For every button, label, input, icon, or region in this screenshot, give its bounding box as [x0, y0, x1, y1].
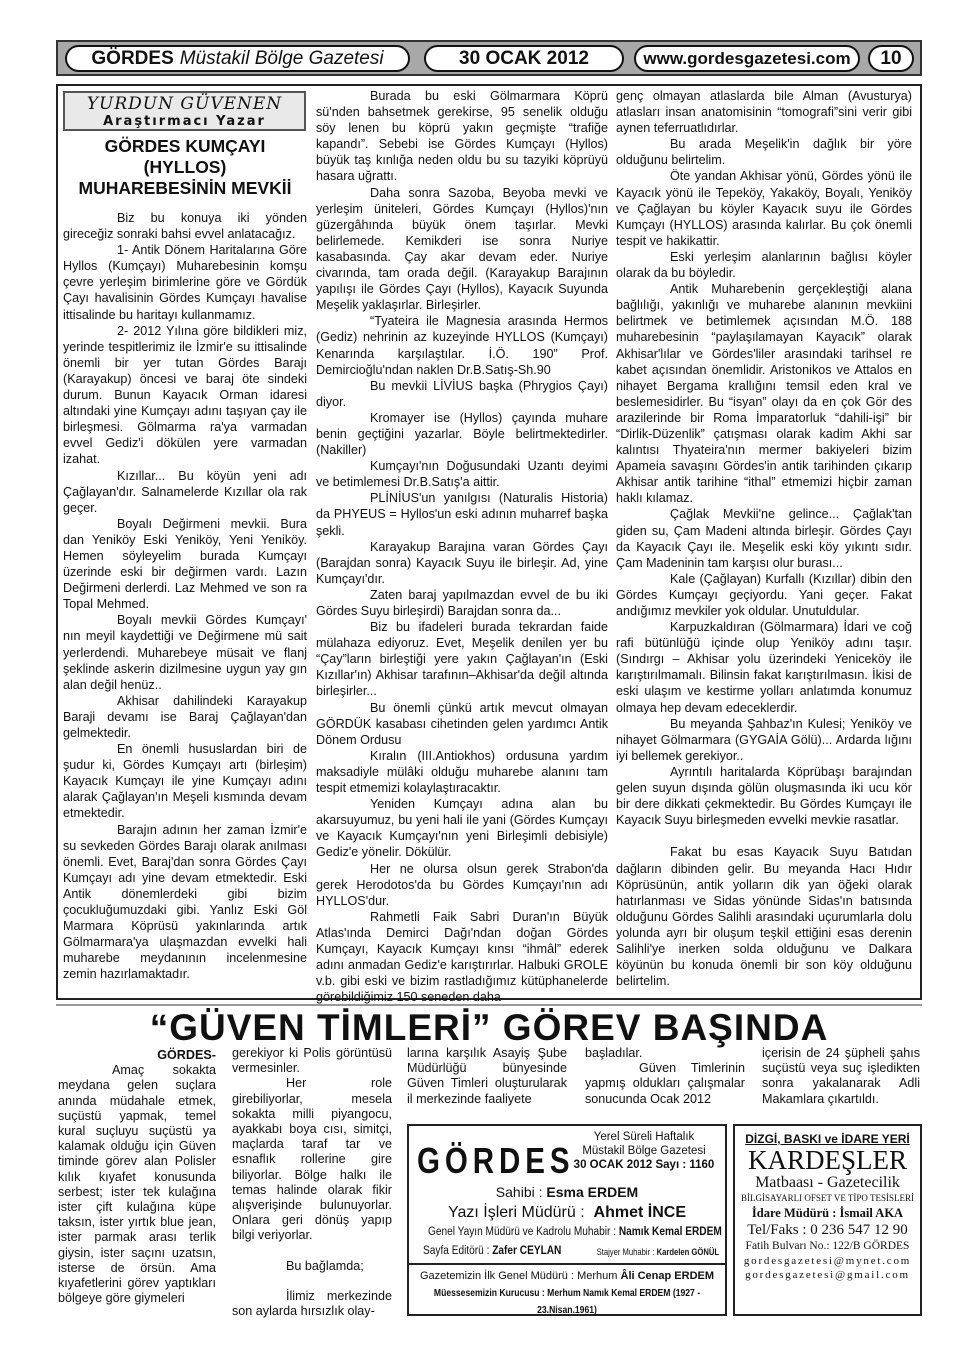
intern-name: Kardelen GÖNÜL: [657, 1247, 719, 1257]
imprint-box: GÖRDES Yerel Süreli Haftalık Müstakil Bö…: [407, 1124, 727, 1316]
page-editor: Sayfa Editörü : Zafer CEYLAN: [423, 1245, 561, 1257]
article-column-1: Biz bu konuya iki yönden gireceğiz sonra…: [63, 210, 307, 983]
paper-name-pill: GÖRDES Müstakil Bölge Gazetesi: [65, 45, 410, 72]
paragraph: [232, 1244, 392, 1259]
imprint-subtitle: Yerel Süreli Haftalık Müstakil Bölge Gaz…: [569, 1130, 719, 1172]
news-column-3: larına karşılık Asayiş Şube Müdürlüğü bü…: [407, 1046, 567, 1107]
paragraph: Ayrıntılı haritalarda Köprübaşı barajınd…: [616, 764, 912, 828]
editor-name: Ahmet İNCE: [594, 1204, 686, 1221]
paragraph: Kumçayı'nın Doğusundaki Uzantı deyimi ve…: [316, 458, 608, 490]
first-gm-label: Gazetemizin İlk Genel Müdürü : Merhum: [420, 1270, 617, 1282]
author-name: YURDUN GÜVENEN: [65, 94, 304, 114]
editor-label: Yazı İşleri Müdürü :: [448, 1204, 585, 1221]
imprint-general-manager: Genel Yayın Müdürü ve Kadrolu Muhabir : …: [428, 1226, 706, 1238]
paragraph: [232, 1274, 392, 1289]
imprint-sub-line: Yerel Süreli Haftalık: [569, 1130, 719, 1144]
paragraph: Daha sonra Sazoba, Beyoba mevki ve yerle…: [316, 185, 608, 314]
news-column-1: GÖRDES- Amaç sokakta meydana gelen suçla…: [58, 1048, 216, 1306]
gm-label: Genel Yayın Müdürü ve Kadrolu Muhabir :: [428, 1226, 616, 1238]
printer-phone: Tel/Faks : 0 236 547 12 90: [735, 1221, 920, 1239]
imprint-owner: Sahibi : Esma ERDEM: [409, 1184, 725, 1200]
paragraph: Barajın adının her zaman İzmir'e su sevk…: [63, 822, 307, 983]
paragraph: Boyalı mevkii Gördes Kumçayı' nın meyil …: [63, 612, 307, 692]
intern-label: Stajyer Muhabir :: [597, 1247, 655, 1257]
paragraph: Karayakup Barajına varan Gördes Çayı (Ba…: [316, 539, 608, 587]
paragraph: Antik Muharebenin gerçekleştiği alana ba…: [616, 281, 912, 506]
paragraph: Rahmetli Faik Sabri Duran'ın Büyük Atlas…: [316, 909, 608, 1006]
paragraph: içerisin de 24 şüpheli şahıs suçüstü vey…: [762, 1046, 920, 1107]
paragraph: Biz bu ifadeleri burada tekrardan faide …: [316, 619, 608, 699]
paragraph: 1- Antik Dönem Haritalarına Göre Hyllos …: [63, 242, 307, 322]
paragraph: Kıralın (III.Antiokhos) ordusuna yardım …: [316, 748, 608, 796]
paragraph: 2- 2012 Yılına göre bildikleri miz, yeri…: [63, 323, 307, 468]
paragraph: Her ne olursa olsun gerek Strabon'da ger…: [316, 861, 608, 909]
masthead: GÖRDES Müstakil Bölge Gazetesi 30 OCAK 2…: [56, 40, 922, 76]
paper-tagline: Müstakil Bölge Gazetesi: [180, 48, 384, 70]
paragraph: Her role girebiliyorlar, mesela sokakta …: [232, 1076, 392, 1243]
paragraph: Akhisar dahilindeki Karayakup Baraji dev…: [63, 693, 307, 741]
paragraph: larına karşılık Asayiş Şube Müdürlüğü bü…: [407, 1046, 567, 1107]
paragraph: Bu mevkii LİVİUS başka (Phrygios Çayı) d…: [316, 378, 608, 410]
paragraph: Bu bağlamda;: [232, 1259, 392, 1274]
paragraph: En önemli hususlardan biri de şudur ki, …: [63, 741, 307, 821]
email-link[interactable]: gordesgazetesi@gmail.com: [735, 1268, 920, 1282]
paragraph: gerekiyor ki Polis görüntüsü vermesinler…: [232, 1046, 392, 1076]
paragraph: Karpuzkaldıran (Gölmarmara) İdari ve coğ…: [616, 619, 912, 716]
printer-heading: DİZGİ, BASKI ve İDARE YERİ: [735, 1132, 920, 1146]
main-article: YURDUN GÜVENEN Araştırmacı Yazar GÖRDES …: [56, 84, 922, 1000]
paragraph: Çağlak Mevkii'ne gelince... Çağlak'tan g…: [616, 506, 912, 570]
paragraph: Zaten baraj yapılmazdan evvel de bu iki …: [316, 587, 608, 619]
paragraph: başladılar.: [585, 1046, 745, 1061]
owner-label: Sahibi :: [496, 1184, 543, 1200]
title-line: MUHAREBESİNİN MEVKİİ: [63, 178, 307, 199]
paragraph: Biz bu konuya iki yönden gireceğiz sonra…: [63, 210, 307, 242]
website-link[interactable]: www.gordesgazetesi.com: [634, 45, 860, 72]
paragraph: Güven Timlerinin yapmış oldukları çalışm…: [585, 1061, 745, 1107]
paragraph: Bu önemli çünkü artık mevcut olmayan GÖR…: [316, 700, 608, 748]
title-line: (HYLLOS): [63, 157, 307, 178]
paragraph: Kale (Çağlayan) Kurfallı (Kızıllar) dibi…: [616, 571, 912, 619]
author-box: YURDUN GÜVENEN Araştırmacı Yazar: [63, 91, 306, 131]
page-editor-label: Sayfa Editörü :: [423, 1245, 489, 1257]
paragraph: Fakat bu esas Kayacık Suyu Batıdan dağla…: [616, 844, 912, 989]
imprint-founders: Gazetemizin İlk Genel Müdürü : Merhum Âl…: [409, 1268, 725, 1319]
paragraph: Bu arada Meşelik'in dağlık bir yöre oldu…: [616, 136, 912, 168]
paragraph: Boyalı Değirmeni mevkii. Bura dan Yenikö…: [63, 516, 307, 613]
news-column-2: gerekiyor ki Polis görüntüsü vermesinler…: [232, 1046, 392, 1320]
paragraph: Kızıllar... Bu köyün yeni adı Çağlayan'd…: [63, 468, 307, 516]
printer-name: KARDEŞLER: [735, 1146, 920, 1174]
paragraph: Eski yerleşim alanlarının bağlısı köyler…: [616, 249, 912, 281]
article-title: GÖRDES KUMÇAYI (HYLLOS) MUHAREBESİNİN ME…: [63, 136, 307, 199]
imprint-editor: Yazı İşleri Müdürü : Ahmet İNCE: [409, 1204, 725, 1222]
news-dateline: GÖRDES-: [58, 1048, 216, 1063]
intern: Stajyer Muhabir : Kardelen GÖNÜL: [597, 1247, 719, 1257]
email-link[interactable]: gordesgazetesi@mynet.com: [735, 1254, 920, 1268]
gm-name: Namık Kemal ERDEM: [619, 1226, 722, 1238]
imprint-sub-line: Müstakil Bölge Gazetesi: [569, 1144, 719, 1158]
paragraph: PLİNİUS'un yanılgısı (Naturalis Historia…: [316, 490, 608, 538]
first-gm: Gazetemizin İlk Genel Müdürü : Merhum Âl…: [409, 1268, 725, 1285]
first-gm-name: Âli Cenap ERDEM: [621, 1270, 715, 1282]
imprint-staff: GÖRDES Yerel Süreli Haftalık Müstakil Bö…: [409, 1126, 725, 1265]
paragraph: “Tyateira ile Magnesia arasında Hermos (…: [316, 313, 608, 377]
printer-manager: İdare Müdürü : İsmail AKA: [735, 1205, 920, 1221]
paragraph: Bu meyanda Şahbaz'ın Kulesi; Yeniköy ve …: [616, 716, 912, 764]
imprint-logo: GÖRDES: [417, 1140, 574, 1182]
news-column-5: içerisin de 24 şüpheli şahıs suçüstü vey…: [762, 1046, 920, 1107]
paragraph: Amaç sokakta meydana gelen suçlara anınd…: [58, 1063, 216, 1306]
printer-box: DİZGİ, BASKI ve İDARE YERİ KARDEŞLER Mat…: [733, 1124, 922, 1316]
paper-name: GÖRDES: [91, 48, 173, 70]
printer-facilities: BİLGİSAYARLI OFSET VE TİPO TESİSLERİ: [735, 1192, 920, 1205]
paragraph: Burada bu eski Gölmarmara Köprü sü'nden …: [316, 88, 608, 185]
owner-name: Esma ERDEM: [546, 1184, 638, 1200]
paragraph: [616, 828, 912, 844]
page-number: 10: [868, 45, 914, 72]
printer-subtitle: Matbaası - Gazetecilik: [735, 1174, 920, 1192]
page-editor-name: Zafer CEYLAN: [492, 1245, 561, 1257]
paragraph: Kromayer ise (Hyllos) çayında muhare ben…: [316, 410, 608, 458]
paragraph: İlimiz merkezinde son aylarda hırsızlık …: [232, 1289, 392, 1319]
paragraph: genç olmayan atlaslarda bile Alman (Avus…: [616, 88, 912, 136]
paragraph: Öte yandan Akhisar yönü, Gördes yönü ile…: [616, 168, 912, 248]
article-column-2: Burada bu eski Gölmarmara Köprü sü'nden …: [316, 88, 608, 1005]
news-headline: “GÜVEN TİMLERİ” GÖREV BAŞINDA: [56, 1008, 922, 1048]
author-role: Araştırmacı Yazar: [65, 114, 304, 129]
founder: Müessesemizin Kurucusu : Merhum Namık Ke…: [431, 1285, 703, 1319]
title-line: GÖRDES KUMÇAYI: [63, 136, 307, 157]
section-divider: [56, 1004, 922, 1006]
paragraph: Yeniden Kumçayı adına alan bu akarsuyumu…: [316, 796, 608, 860]
article-column-3: genç olmayan atlaslarda bile Alman (Avus…: [616, 88, 912, 989]
issue-date: 30 OCAK 2012: [424, 45, 624, 72]
news-column-4: başladılar.Güven Timlerinin yapmış olduk…: [585, 1046, 745, 1107]
imprint-issue: 30 OCAK 2012 Sayı : 1160: [574, 1159, 715, 1171]
printer-address: Fatih Bulvarı No.: 122/B GÖRDES: [735, 1239, 920, 1254]
